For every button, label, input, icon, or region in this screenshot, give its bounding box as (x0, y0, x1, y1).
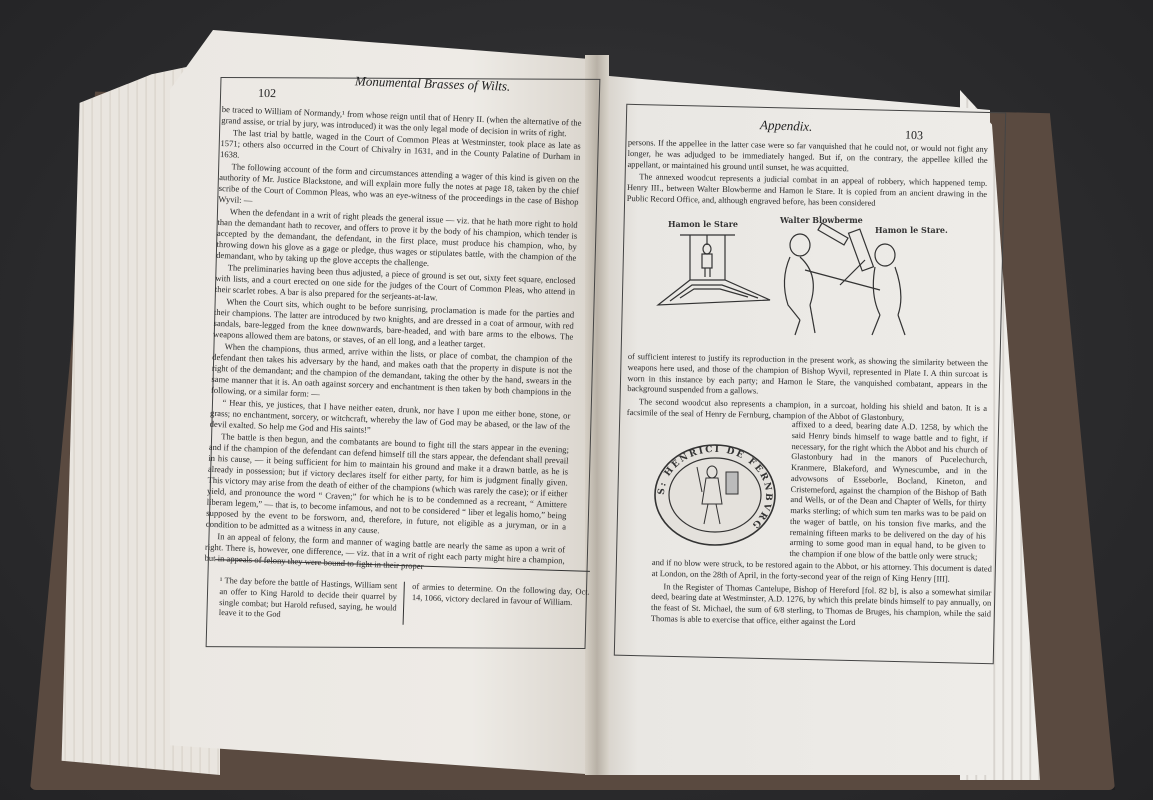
right-page-body-middle: of sufficient interest to justify its re… (627, 352, 988, 427)
caption-walter: Walter Blowberme (779, 215, 863, 225)
left-page-body: be traced to William of Normandy,¹ from … (204, 104, 581, 578)
footnote-col-1: ¹ The day before the battle of Hastings,… (219, 576, 405, 625)
footnote-col-2: of armies to determine. On the following… (411, 582, 590, 631)
paragraph: persons. If the appellee in the latter c… (627, 138, 988, 177)
running-head-right: Appendix. (760, 117, 813, 135)
paragraph: The battle is then begun, and the combat… (206, 431, 570, 544)
right-page-body-bottom: and if no blow were struck, to be restor… (651, 558, 992, 633)
woodcut-judicial-combat: Hamon le Stare Walter Blowberme Hamon le… (650, 205, 950, 345)
page-number-left: 102 (258, 86, 276, 102)
paragraph: of sufficient interest to justify its re… (627, 352, 988, 402)
seal-of-henry-de-fernburg: S: HENRICI DE FERNBVRG (652, 442, 778, 548)
right-page-body-top: persons. If the appellee in the latter c… (627, 138, 988, 213)
page-number-right: 103 (905, 128, 924, 144)
seal-description-text: affixed to a deed, bearing date A.D. 125… (789, 420, 988, 563)
caption-gallows: Hamon le Stare (668, 219, 738, 229)
paragraph: In the Register of Thomas Cantelupe, Bis… (651, 581, 992, 631)
caption-hamon: Hamon le Stare. (875, 225, 948, 235)
